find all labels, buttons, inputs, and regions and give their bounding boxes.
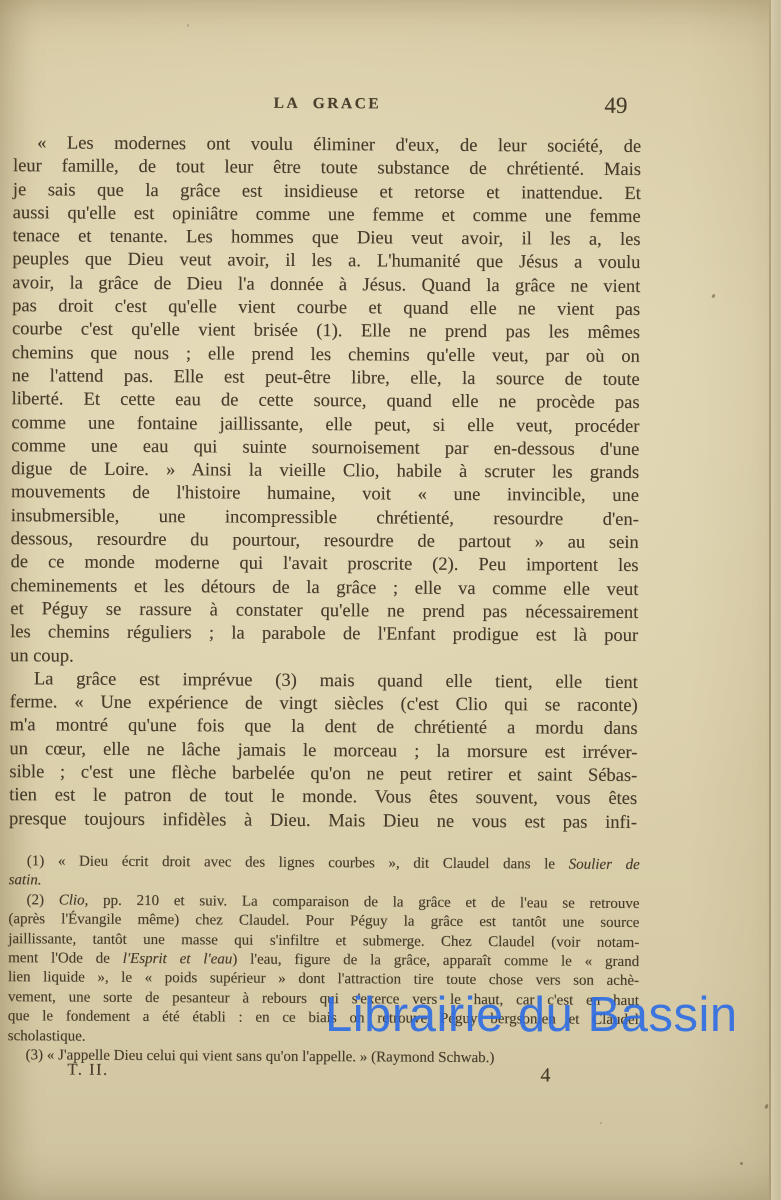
bookseller-watermark: Librairie du Bassin — [325, 991, 738, 1040]
body-text: « Les modernes ont voulu éliminer d'eux,… — [9, 132, 641, 835]
text-line: leur famille, de tout leur être toute su… — [13, 155, 641, 182]
paper-speck — [600, 1122, 602, 1124]
text-line: courbe c'est qu'elle vient brisée (1). E… — [12, 318, 640, 345]
text-line: m'a montré qu'une fois que la dent de ch… — [9, 715, 637, 742]
volume-label: T. II. — [67, 1059, 108, 1079]
chapter-title: LA GRACE — [13, 92, 641, 116]
book-page-photo: LA GRACE 49 « Les modernes ont voulu éli… — [0, 0, 781, 1200]
text-line: tien est le patron de tout le monde. Vou… — [9, 784, 637, 811]
paper-speck — [187, 24, 189, 27]
page-number: 49 — [604, 94, 627, 117]
text-line: mouvements de l'histoire humaine, voit «… — [11, 482, 639, 509]
text-line: liberté. Et cette eau de cette source, q… — [11, 388, 639, 415]
text-line: presque toujours infidèles à Dieu. Mais … — [9, 808, 637, 835]
text-line: peuples que Dieu veut avoir, il les a. L… — [12, 249, 640, 276]
text-line: les chemins réguliers ; la parabole de l… — [10, 621, 638, 648]
running-header: LA GRACE 49 — [13, 92, 641, 126]
text-line: de ce monde moderne qui l'avait proscrit… — [10, 551, 638, 578]
paper-speck — [740, 1162, 743, 1165]
page-edge-strip — [771, 0, 781, 1200]
signature-number: 4 — [540, 1063, 550, 1087]
